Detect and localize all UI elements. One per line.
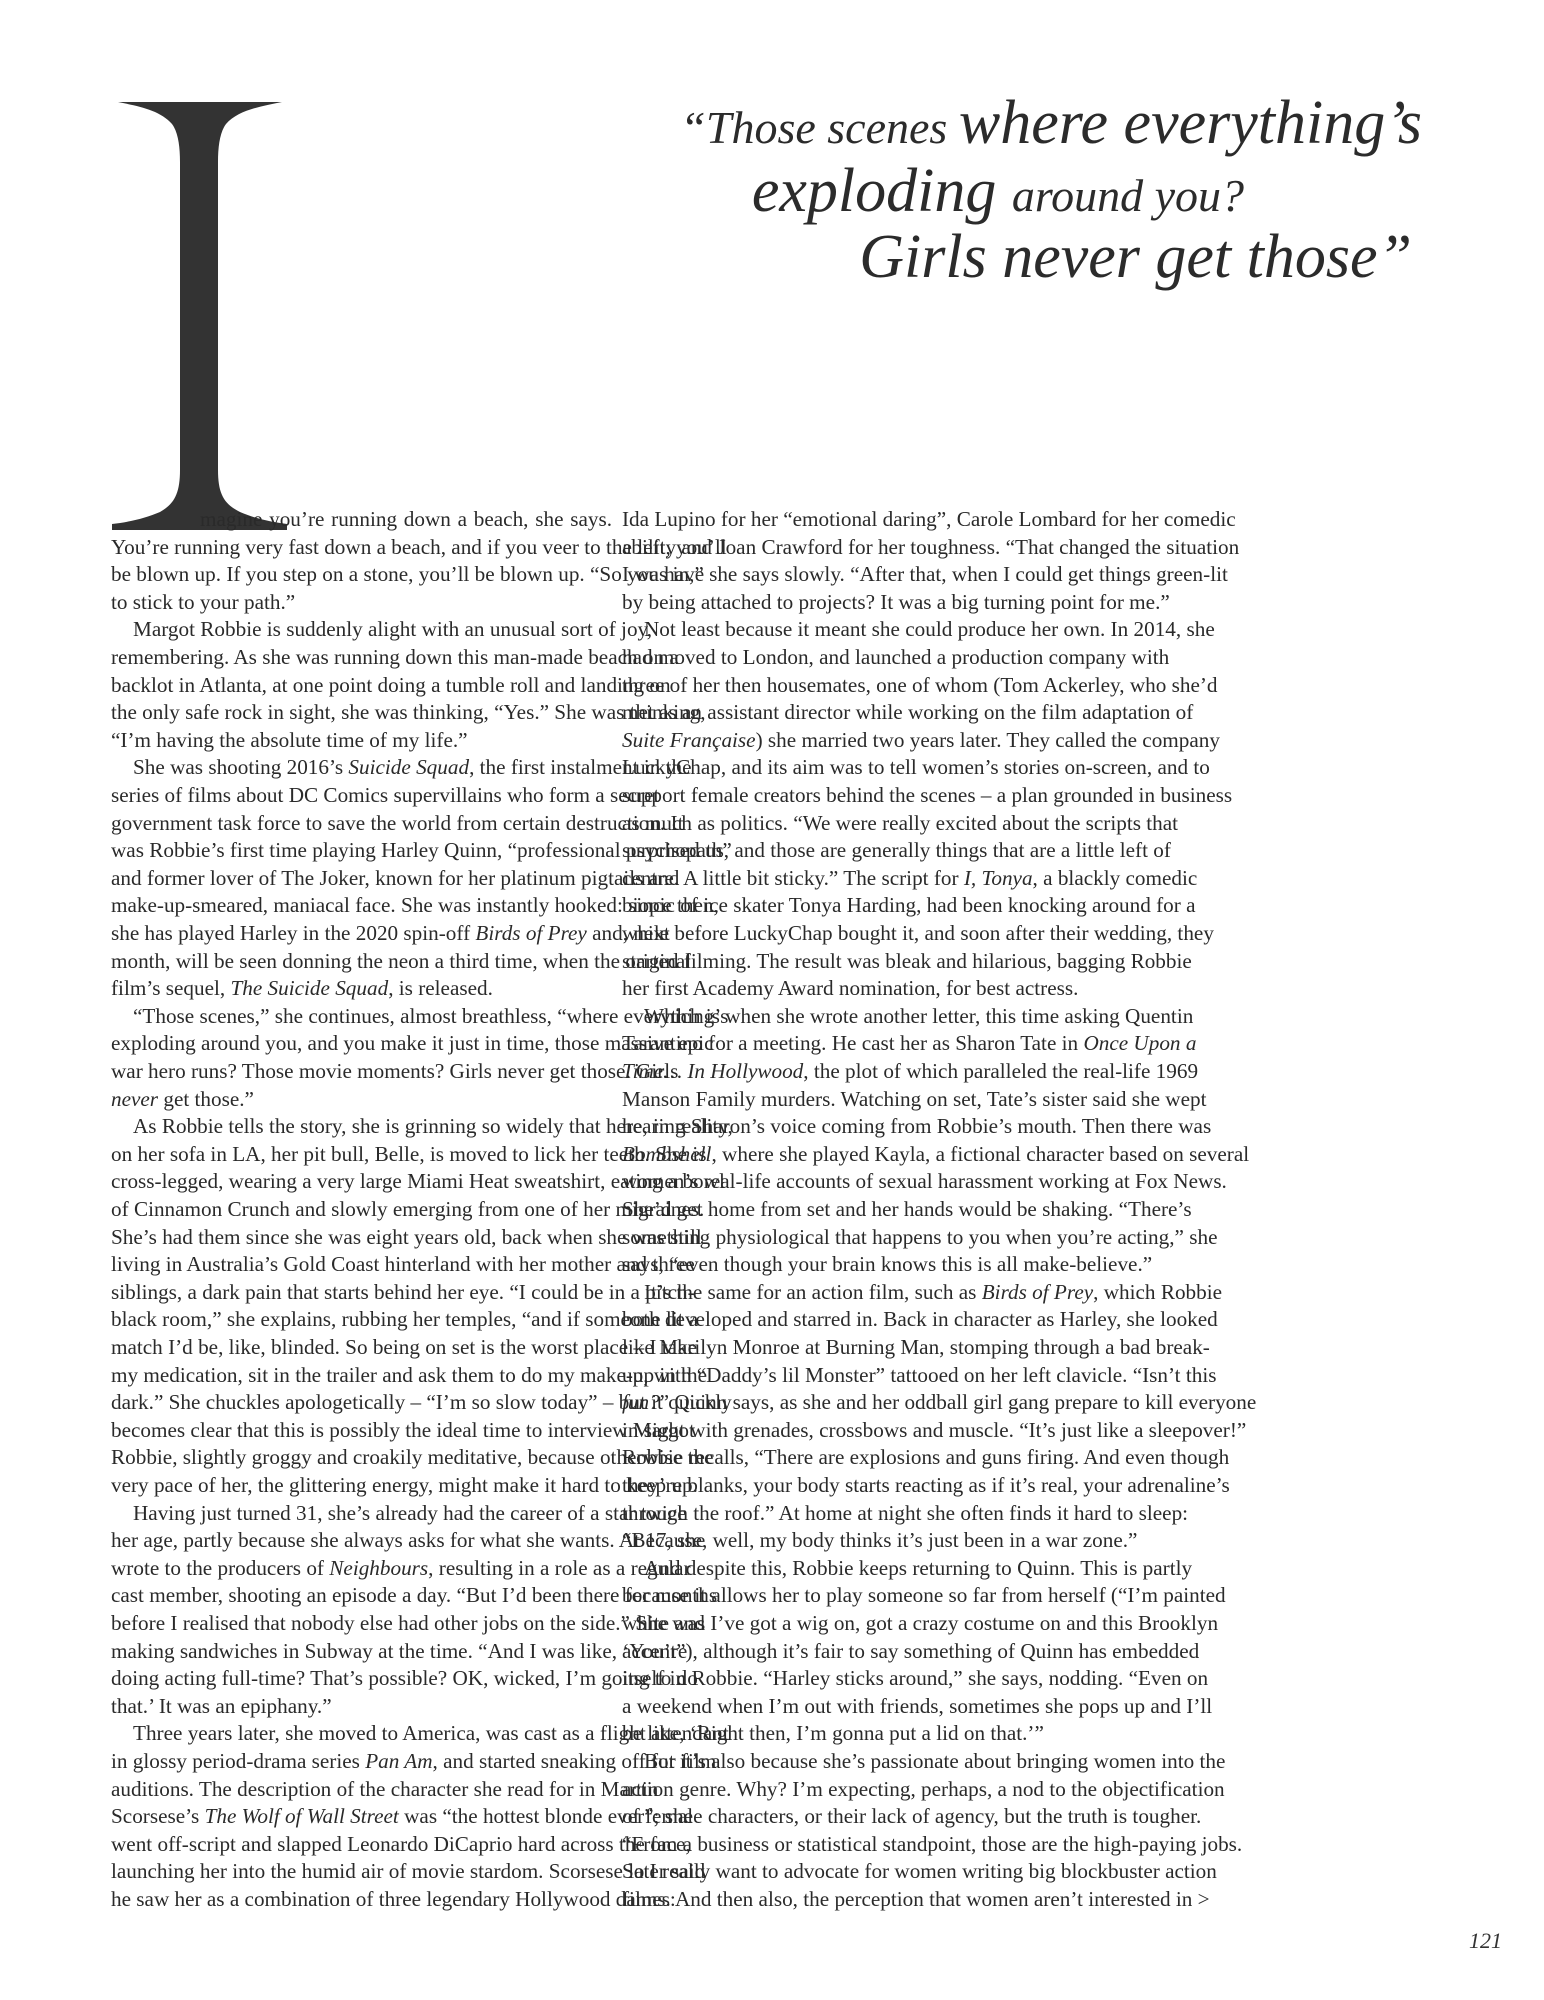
pull-quote-line-1: “Those scenes where everything’s [662,92,1422,154]
article-text-line: Bombshell, where she played Kayla, a fic… [622,1141,1120,1169]
article-text-line: But it’s also because she’s passionate a… [622,1748,1120,1776]
article-text-line: of Cinnamon Crunch and slowly emerging f… [111,1196,613,1224]
article-text-line: LuckyChap, and its aim was to tell women… [622,754,1120,782]
article-text-line: before I realised that nobody else had o… [111,1610,613,1638]
article-text-line: while before LuckyChap bought it, and so… [622,920,1120,948]
article-text-line: cross-legged, wearing a very large Miami… [111,1168,613,1196]
article-text-line: white and I’ve got a wig on, got a crazy… [622,1610,1120,1638]
article-text-line: in sight with grenades, crossbows and mu… [622,1417,1120,1445]
pull-quote: “Those scenes where everything’s explodi… [662,92,1422,288]
article-text-line: making sandwiches in Subway at the time.… [111,1638,613,1666]
article-text-line: centre. A little bit sticky.” The script… [622,865,1120,893]
article-text-line: both developed and starred in. Back in c… [622,1306,1120,1334]
article-text-line: her first Academy Award nomination, for … [622,975,1120,1003]
article-text-line: And despite this, Robbie keeps returning… [622,1555,1120,1583]
article-text-line: something physiological that happens to … [622,1224,1120,1252]
article-text-line: “Because, well, my body thinks it’s just… [622,1527,1120,1555]
article-text-line: auditions. The description of the charac… [111,1776,613,1804]
article-text-line: match I’d be, like, blinded. So being on… [111,1334,613,1362]
article-text-line: remembering. As she was running down thi… [111,644,613,672]
article-text-line: by being attached to projects? It was a … [622,589,1120,617]
article-text-line: black room,” she explains, rubbing her t… [111,1306,613,1334]
article-text-line: Manson Family murders. Watching on set, … [622,1086,1120,1114]
article-text-line: as much as politics. “We were really exc… [622,810,1120,838]
article-text-line: my medication, sit in the trailer and as… [111,1362,613,1390]
article-text-line: Suite Française) she married two years l… [622,727,1120,755]
article-text-line: itself in Robbie. “Harley sticks around,… [622,1665,1120,1693]
article-text-line: “I’m having the absolute time of my life… [111,727,613,755]
article-text-line: government task force to save the world … [111,810,613,838]
article-text-line: backlot in Atlanta, at one point doing a… [111,672,613,700]
article-text-line: You’re running very fast down a beach, a… [111,534,613,562]
article-text-line: and former lover of The Joker, known for… [111,865,613,893]
article-text-line: doing acting full-time? That’s possible?… [111,1665,613,1693]
article-text-line: make-up-smeared, maniacal face. She was … [111,892,613,920]
article-text-line: cast member, shooting an episode a day. … [111,1582,613,1610]
article-text-line: says, “even though your brain knows this… [622,1251,1120,1279]
article-text-line: through the roof.” At home at night she … [622,1500,1120,1528]
article-text-line: She was shooting 2016’s Suicide Squad, t… [111,754,613,782]
article-text-line: accent”), although it’s fair to say some… [622,1638,1120,1666]
article-text-line: had moved to London, and launched a prod… [622,644,1120,672]
article-text-line: started filming. The result was bleak an… [622,948,1120,976]
article-text-line: Scorsese’s The Wolf of Wall Street was “… [111,1803,613,1831]
article-text-line: Three years later, she moved to America,… [111,1720,613,1748]
article-text-line: support female creators behind the scene… [622,782,1120,810]
article-text-line: So I really want to advocate for women w… [622,1858,1120,1886]
pull-quote-line-3: Girls never get those” [662,226,1412,288]
article-text-line: her age, partly because she always asks … [111,1527,613,1555]
article-text-line: on her sofa in LA, her pit bull, Belle, … [111,1141,613,1169]
article-text-line: Margot Robbie is suddenly alight with an… [111,616,613,644]
article-text-line: Time… In Hollywood, the plot of which pa… [622,1058,1120,1086]
drop-cap-letter [112,102,287,530]
article-text-line: Ida Lupino for her “emotional daring”, C… [622,506,1120,534]
article-text-line: exploding around you, and you make it ju… [111,1030,613,1058]
article-text-line: war hero runs? Those movie moments? Girl… [111,1058,613,1086]
pull-quote-line-2: exploding around you? [662,160,1244,222]
article-text-line: Not least because it meant she could pro… [622,616,1120,644]
article-text-line: biopic of ice skater Tonya Harding, had … [622,892,1120,920]
article-text-line: She’s had them since she was eight years… [111,1224,613,1252]
article-text-line: As Robbie tells the story, she is grinni… [111,1113,613,1141]
article-text-line: to stick to your path.” [111,589,613,617]
article-text-line: that.’ It was an epiphany.” [111,1693,613,1721]
article-text-line: because it allows her to play someone so… [622,1582,1120,1610]
article-text-line: surprised us, and those are generally th… [622,837,1120,865]
article-text-line: fun?” Quinn says, as she and her oddball… [622,1389,1120,1417]
article-text-line: Tarantino for a meeting. He cast her as … [622,1030,1120,1058]
drop-cap-i-glyph [112,102,287,530]
article-text-line: he saw her as a combination of three leg… [111,1886,613,1914]
article-text-line: women’s real-life accounts of sexual har… [622,1168,1120,1196]
article-text-line: Which is when she wrote another letter, … [622,1003,1120,1031]
page-number: 121 [1469,1928,1502,1954]
article-text-line: I was in,” she says slowly. “After that,… [622,561,1120,589]
article-text-line: very pace of her, the glittering energy,… [111,1472,613,1500]
article-text-line: hearing Sharon’s voice coming from Robbi… [622,1113,1120,1141]
article-text-line: be like, ‘Right then, I’m gonna put a li… [622,1720,1120,1748]
article-text-line: becomes clear that this is possibly the … [111,1417,613,1445]
article-text-line: ability and Joan Crawford for her toughn… [622,534,1120,562]
article-text-line: dark.” She chuckles apologetically – “I’… [111,1389,613,1417]
article-text-line: It’s the same for an action film, such a… [622,1279,1120,1307]
article-text-line: the only safe rock in sight, she was thi… [111,699,613,727]
article-text-line: film’s sequel, The Suicide Squad, is rel… [111,975,613,1003]
article-text-line: went off-script and slapped Leonardo DiC… [111,1831,613,1859]
article-text-line: never get those.” [111,1086,613,1114]
article-text-line: in glossy period-drama series Pan Am, an… [111,1748,613,1776]
article-text-line: “Those scenes,” she continues, almost br… [111,1003,613,1031]
article-text-line: of female characters, or their lack of a… [622,1803,1120,1831]
article-text-line: Robbie recalls, “There are explosions an… [622,1444,1120,1472]
article-text-line: “From a business or statistical standpoi… [622,1831,1120,1859]
article-text-line: was Robbie’s first time playing Harley Q… [111,837,613,865]
article-text-line: a weekend when I’m out with friends, som… [622,1693,1120,1721]
article-text-line: three of her then housemates, one of who… [622,672,1120,700]
article-text-line: she has played Harley in the 2020 spin-o… [111,920,613,948]
article-text-line: Robbie, slightly groggy and croakily med… [111,1444,613,1472]
article-text-line: wrote to the producers of Neighbours, re… [111,1555,613,1583]
article-text-line: be blown up. If you step on a stone, you… [111,561,613,589]
article-text-line: series of films about DC Comics supervil… [111,782,613,810]
article-text-line: action genre. Why? I’m expecting, perhap… [622,1776,1120,1804]
article-text-line: met as an assistant director while worki… [622,699,1120,727]
article-text-line: up, with “Daddy’s lil Monster” tattooed … [622,1362,1120,1390]
article-text-line: living in Australia’s Gold Coast hinterl… [111,1251,613,1279]
article-text-line: launching her into the humid air of movi… [111,1858,613,1886]
article-text-line: films. And then also, the perception tha… [622,1886,1120,1914]
article-text-line: like Marilyn Monroe at Burning Man, stom… [622,1334,1120,1362]
article-text-line: magine you’re running down a beach, she … [200,506,612,534]
article-text-line: Having just turned 31, she’s already had… [111,1500,613,1528]
article-text-line: they’re blanks, your body starts reactin… [622,1472,1120,1500]
article-text-line: She’d get home from set and her hands wo… [622,1196,1120,1224]
article-text-line: month, will be seen donning the neon a t… [111,948,613,976]
article-text-line: siblings, a dark pain that starts behind… [111,1279,613,1307]
